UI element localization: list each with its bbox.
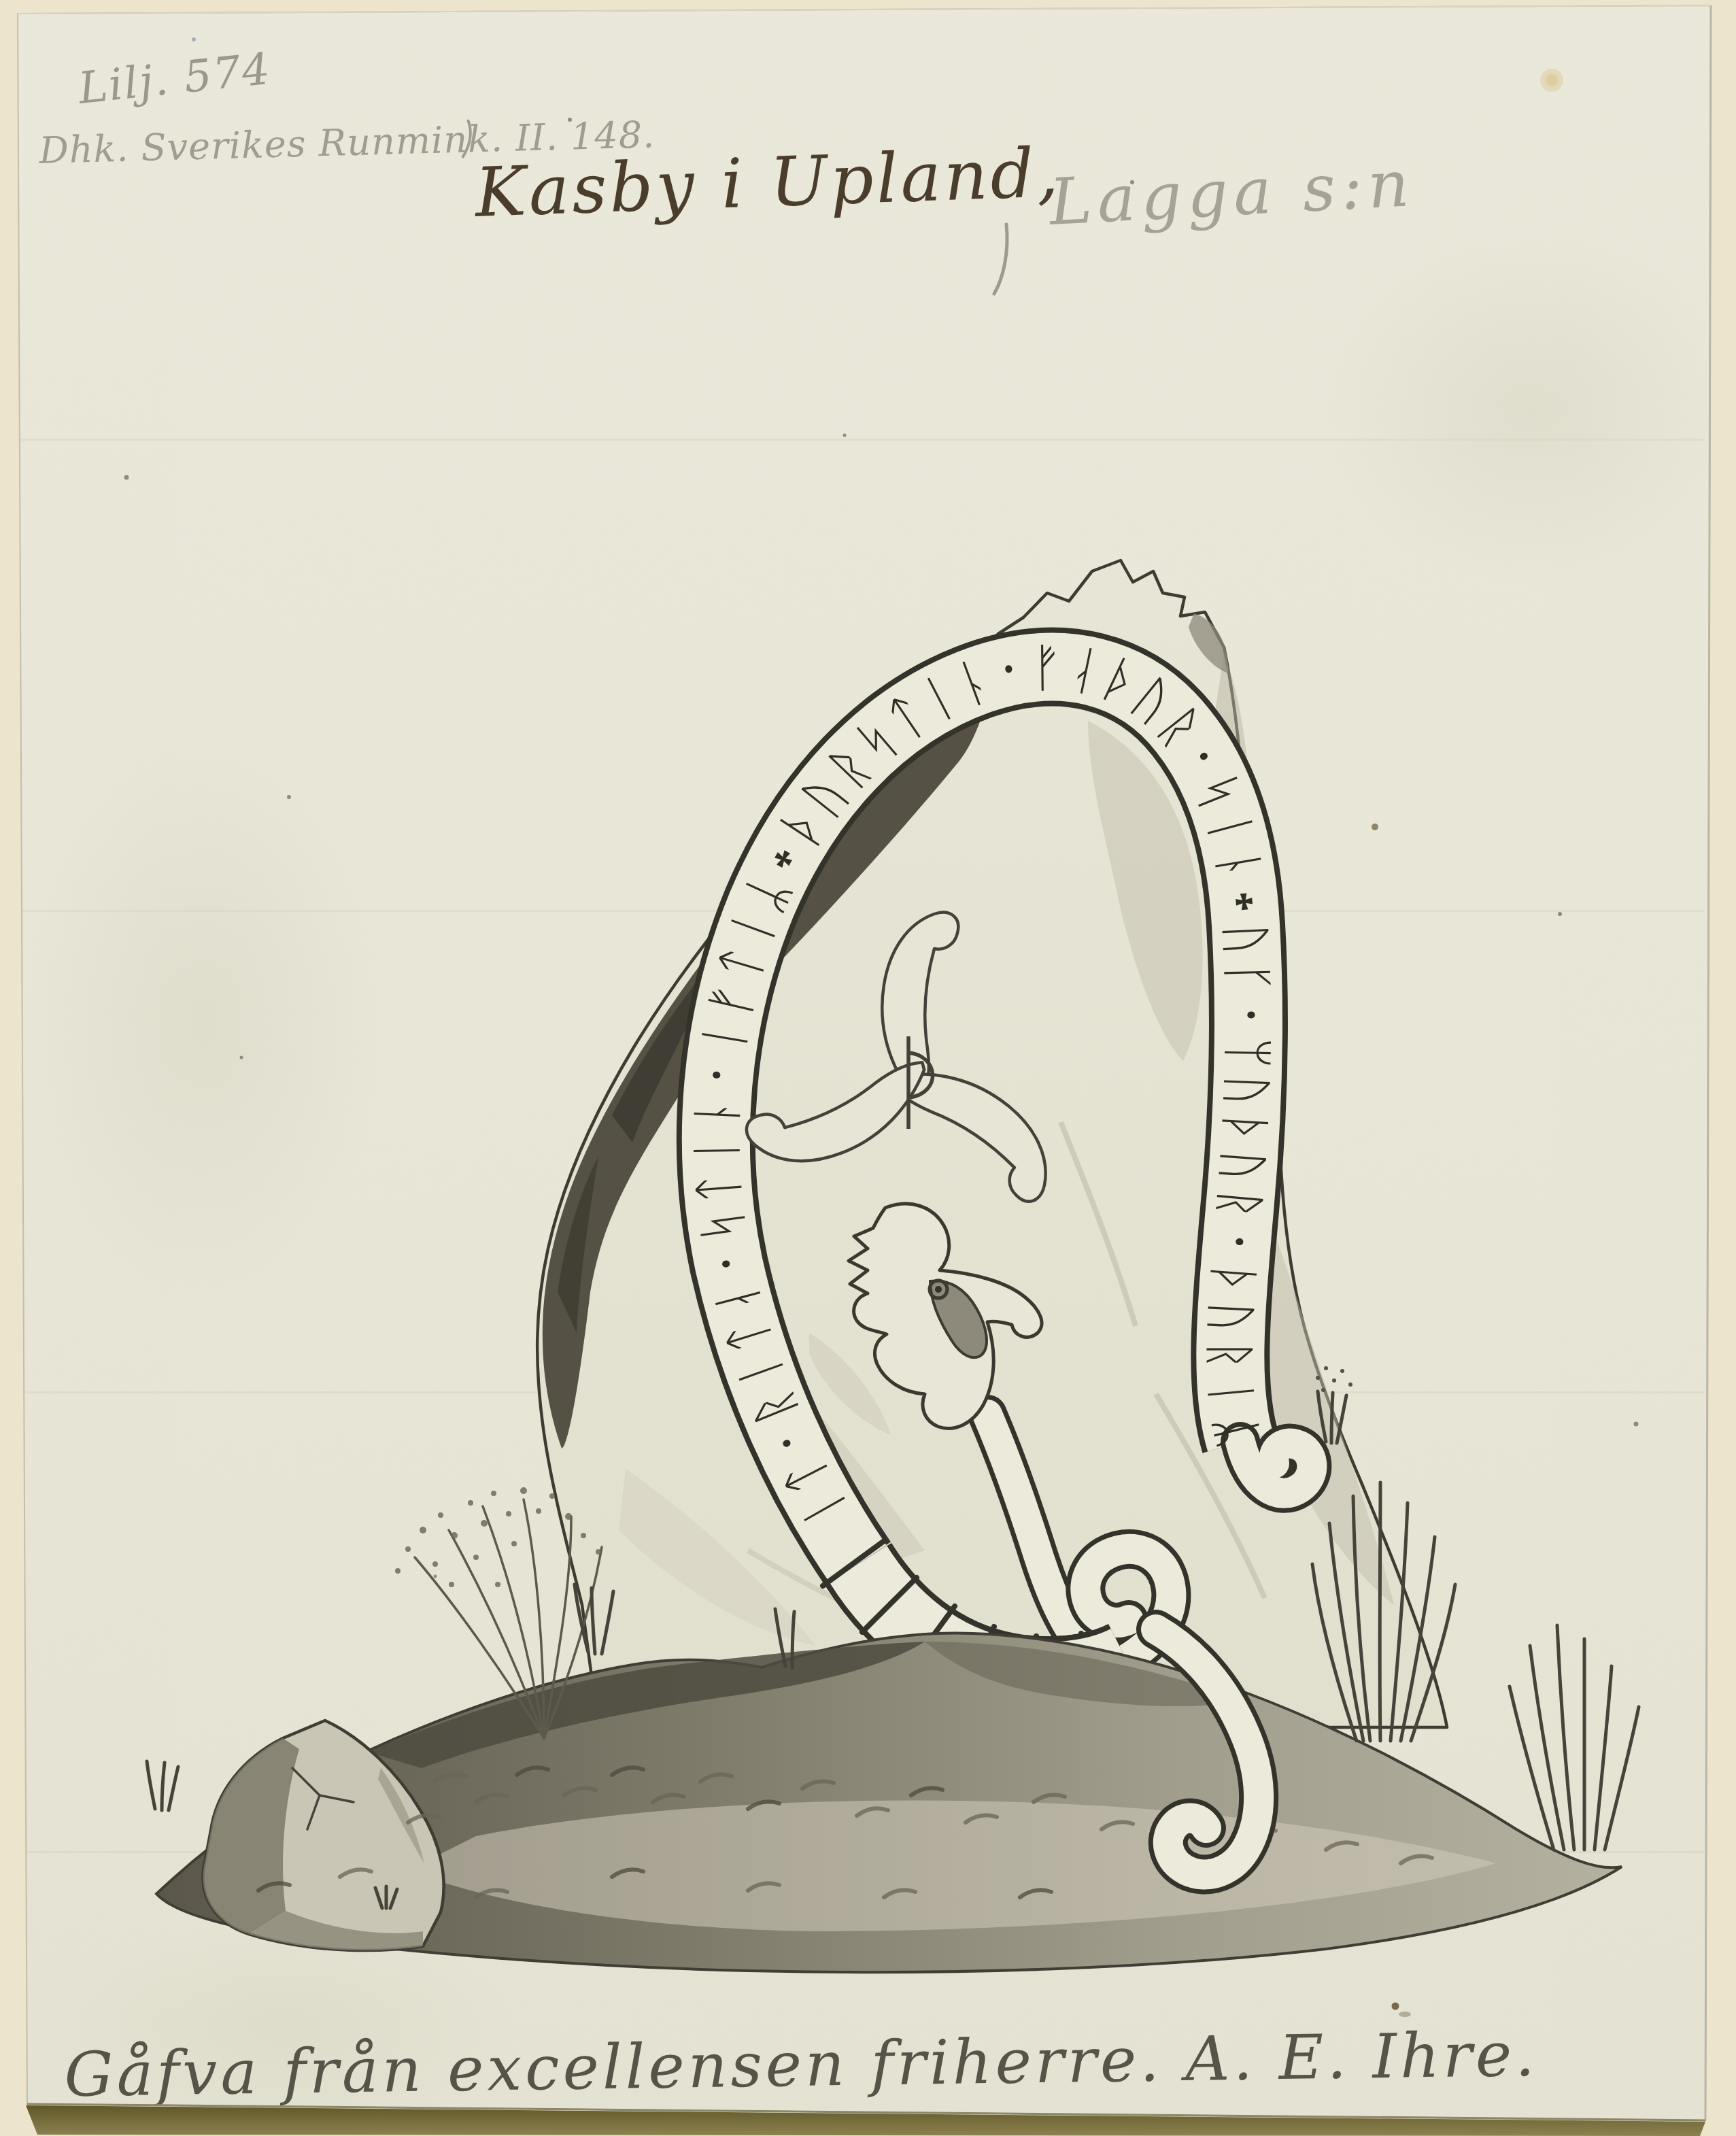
dragon-pupil (935, 1286, 942, 1293)
runestone-drawing-scan: ᛁᛏ᛫ᚱᛁᛏᛆ᛫ᛋᛏᛁᚿ᛫ᛁᚠᛏᛁᛦ᛭ᚦᚢᚱᛋᛏᛁᚿ᛫ᚠᛆᚦᚢᚱ᛫ᛋᛁᚿ᛭ᚢᚴ᛫… (0, 0, 1736, 2136)
